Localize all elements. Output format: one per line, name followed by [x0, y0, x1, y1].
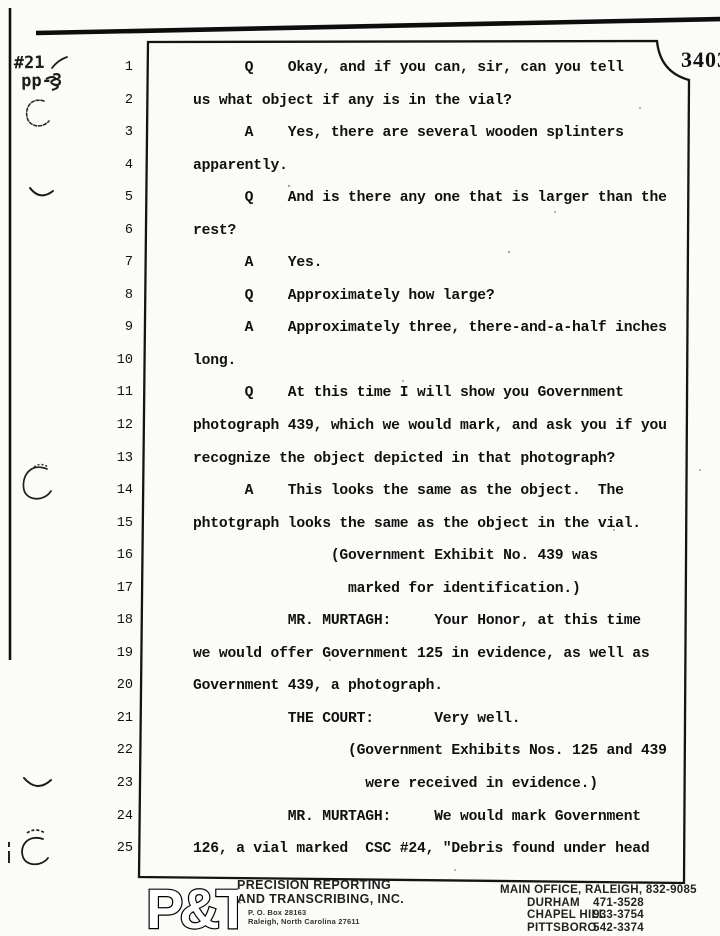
- scanned-transcript-page: { "annotations": { "exhibit_note": "#21"…: [0, 0, 720, 936]
- transcript-line: Q And is there any one that is larger th…: [193, 182, 713, 215]
- transcript-line: THE COURT: Very well.: [193, 703, 713, 736]
- transcript-line: Q Okay, and if you can, sir, can you tel…: [193, 52, 713, 85]
- line-number: 19: [95, 638, 133, 671]
- top-rule: [36, 19, 720, 33]
- line-number: 10: [95, 345, 133, 378]
- line-number-column: 1234567891011121314151617181920212223242…: [95, 52, 133, 866]
- line-number: 3: [95, 117, 133, 150]
- pen-mark-arc-2: [24, 778, 51, 786]
- pt-logo: P&T.: [146, 876, 238, 936]
- branch-office-row: DURHAM471-3528: [527, 898, 710, 909]
- line-number: 11: [95, 377, 133, 410]
- branch-office-rows: DURHAM471-3528CHAPEL HILL933-3754PITTSBO…: [500, 898, 710, 934]
- transcript-line: rest?: [193, 215, 713, 248]
- line-number: 8: [95, 280, 133, 313]
- branch-office-city: CHAPEL HILL: [527, 910, 593, 921]
- transcript-line: (Government Exhibits Nos. 125 and 439: [193, 735, 713, 768]
- pen-mark-c-bottom-tail: [27, 830, 45, 833]
- branch-office-city: PITTSBORO: [527, 923, 593, 934]
- line-number: 1: [95, 52, 133, 85]
- transcript-line: Government 439, a photograph.: [193, 670, 713, 703]
- line-number: 4: [95, 150, 133, 183]
- transcript-line: A This looks the same as the object. The: [193, 475, 713, 508]
- company-line-1: PRECISION REPORTING: [237, 878, 404, 892]
- pen-mark-c-bottom: [22, 838, 48, 864]
- footer: P&T. PRECISION REPORTING AND TRANSCRIBIN…: [0, 872, 720, 936]
- transcript-line: A Yes, there are several wooden splinter…: [193, 117, 713, 150]
- pen-mark-c-middle-tail: [34, 465, 48, 468]
- line-number: 22: [95, 735, 133, 768]
- line-number: 2: [95, 85, 133, 118]
- transcript-line: A Approximately three, there-and-a-half …: [193, 312, 713, 345]
- line-number: 12: [95, 410, 133, 443]
- transcript-line: marked for identification.): [193, 573, 713, 606]
- line-number: 6: [95, 215, 133, 248]
- address-line-2: Raleigh, North Carolina 27611: [248, 917, 360, 926]
- office-phone-list: MAIN OFFICE, RALEIGH, 832-9085 DURHAM471…: [500, 884, 710, 934]
- line-number: 18: [95, 605, 133, 638]
- transcript-line: 126, a vial marked CSC #24, "Debris foun…: [193, 833, 713, 866]
- branch-office-row: PITTSBORO542-3374: [527, 923, 710, 934]
- line-number: 7: [95, 247, 133, 280]
- transcript-line: (Government Exhibit No. 439 was: [193, 540, 713, 573]
- transcript-line: us what object if any is in the vial?: [193, 85, 713, 118]
- main-office-line: MAIN OFFICE, RALEIGH, 832-9085: [500, 884, 710, 896]
- line-number: 9: [95, 312, 133, 345]
- branch-office-city: DURHAM: [527, 898, 593, 909]
- transcript-line: MR. MURTAGH: We would mark Government: [193, 801, 713, 834]
- line-number: 13: [95, 443, 133, 476]
- transcript-line: MR. MURTAGH: Your Honor, at this time: [193, 605, 713, 638]
- company-address: P. O. Box 28163 Raleigh, North Carolina …: [248, 908, 360, 926]
- pt-logo-text: P&T.: [146, 877, 238, 936]
- transcript-line: we would offer Government 125 in evidenc…: [193, 638, 713, 671]
- line-number: 16: [95, 540, 133, 573]
- line-number: 23: [95, 768, 133, 801]
- company-line-2: AND TRANSCRIBING, INC.: [237, 892, 404, 906]
- transcript-line: phtotgraph looks the same as the object …: [193, 508, 713, 541]
- transcript-line: A Yes.: [193, 247, 713, 280]
- transcript-line: long.: [193, 345, 713, 378]
- pen-mark-c-middle: [23, 467, 51, 499]
- branch-office-phone: 933-3754: [593, 910, 644, 921]
- branch-office-phone: 471-3528: [593, 898, 644, 909]
- transcript-line: Q At this time I will show you Governmen…: [193, 377, 713, 410]
- line-number: 21: [95, 703, 133, 736]
- transcript-line: were received in evidence.): [193, 768, 713, 801]
- branch-office-row: CHAPEL HILL933-3754: [527, 910, 710, 921]
- address-line-1: P. O. Box 28163: [248, 908, 360, 917]
- pen-mark-c-top: [27, 100, 49, 126]
- branch-office-phone: 542-3374: [593, 923, 644, 934]
- pen-mark-arc-1: [30, 188, 53, 195]
- line-number: 5: [95, 182, 133, 215]
- line-number: 24: [95, 801, 133, 834]
- transcript-line: recognize the object depicted in that ph…: [193, 443, 713, 476]
- company-name: PRECISION REPORTING AND TRANSCRIBING, IN…: [237, 878, 404, 906]
- transcript-line: photograph 439, which we would mark, and…: [193, 410, 713, 443]
- handwritten-note: #21 pp-3: [14, 55, 63, 91]
- transcript-line: Q Approximately how large?: [193, 280, 713, 313]
- line-number: 15: [95, 508, 133, 541]
- line-number: 20: [95, 670, 133, 703]
- line-number: 14: [95, 475, 133, 508]
- transcript-line: apparently.: [193, 150, 713, 183]
- line-number: 25: [95, 833, 133, 866]
- line-number: 17: [95, 573, 133, 606]
- handwritten-page-note: pp-3: [21, 73, 62, 91]
- transcript-text-column: Q Okay, and if you can, sir, can you tel…: [193, 52, 713, 866]
